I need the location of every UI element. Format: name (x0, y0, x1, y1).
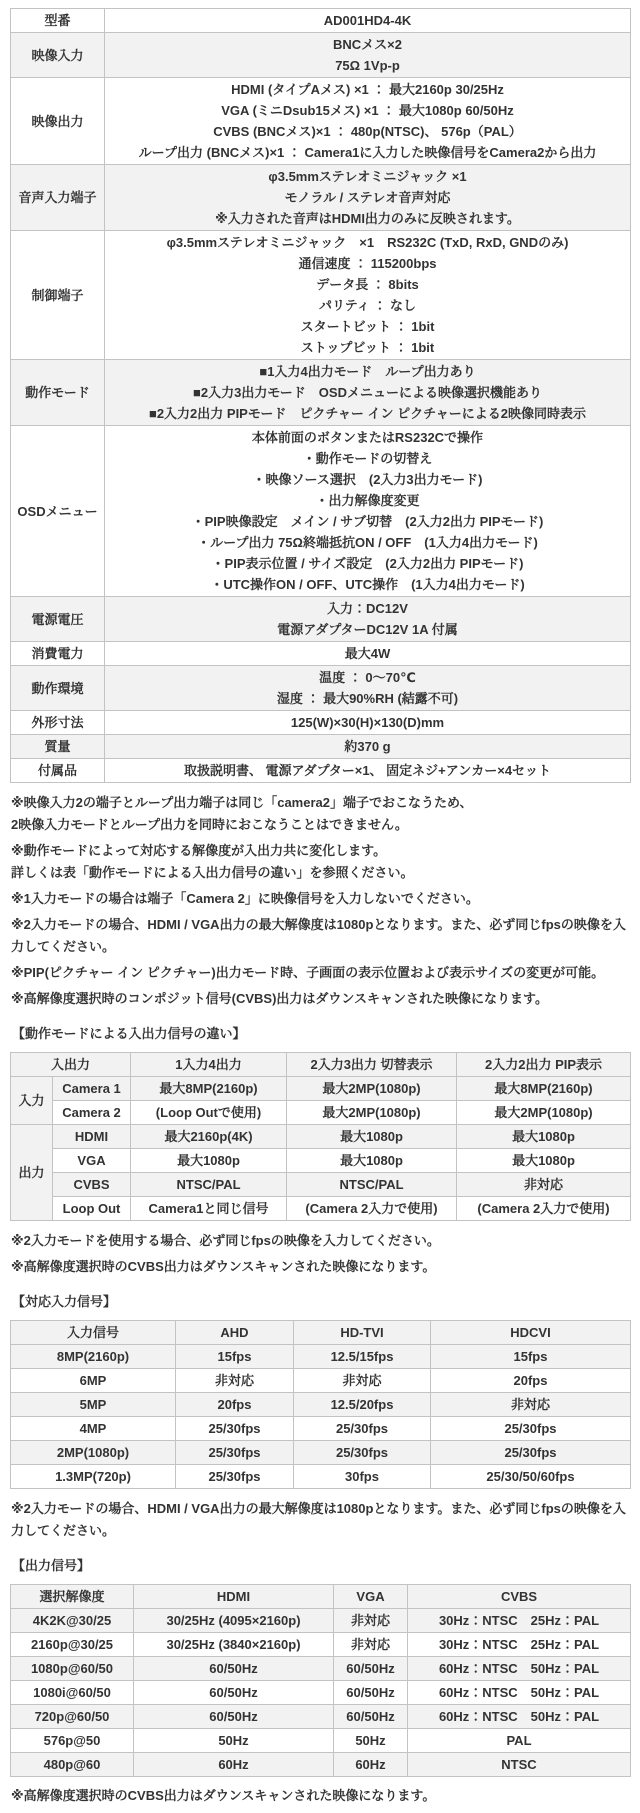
cell: 20fps (431, 1369, 631, 1393)
spec-value-line: φ3.5mmステレオミニジャック ×1 RS232C (TxD, RxD, GN… (109, 232, 626, 253)
spec-value: φ3.5mmステレオミニジャック ×1 モノラル / ステレオ音声対応 ※入力さ… (105, 165, 631, 231)
group-label-input: 入力 (11, 1077, 53, 1125)
cell: 最大1080p (287, 1125, 457, 1149)
header-cell: 入力信号 (11, 1321, 176, 1345)
cell: 非対応 (334, 1633, 408, 1657)
note-line: ※高解像度選択時のCVBS出力はダウンスキャンされた映像になります。 (11, 1256, 630, 1278)
spec-label: 電源電圧 (11, 597, 105, 642)
row-label: 8MP(2160p) (11, 1345, 176, 1369)
table-row: 5MP 20fps 12.5/20fps 非対応 (11, 1393, 631, 1417)
spec-label: 型番 (11, 9, 105, 33)
row-label: 1080i@60/50 (11, 1681, 134, 1705)
spec-value: 125(W)×30(H)×130(D)mm (105, 711, 631, 735)
cell: 60/50Hz (334, 1705, 408, 1729)
table-row: CVBS NTSC/PAL NTSC/PAL 非対応 (11, 1173, 631, 1197)
row-label: Camera 1 (53, 1077, 131, 1101)
row-label: 2MP(1080p) (11, 1441, 176, 1465)
header-cell: CVBS (408, 1585, 631, 1609)
spec-value-line: 本体前面のボタンまたはRS232Cで操作 (109, 427, 626, 448)
spec-label: 制御端子 (11, 231, 105, 360)
cell: 30fps (294, 1465, 431, 1489)
spec-value: 本体前面のボタンまたはRS232Cで操作 ・動作モードの切替え ・映像ソース選択… (105, 426, 631, 597)
table-row: 720p@60/50 60/50Hz 60/50Hz 60Hz：NTSC 50H… (11, 1705, 631, 1729)
table-row: 2MP(1080p) 25/30fps 25/30fps 25/30fps (11, 1441, 631, 1465)
row-label: 1080p@60/50 (11, 1657, 134, 1681)
cell: 60Hz：NTSC 50Hz：PAL (408, 1705, 631, 1729)
spec-value: AD001HD4-4K (105, 9, 631, 33)
mode-table-header: 入出力 1入力4出力 2入力3出力 切替表示 2入力2出力 PIP表示 (11, 1053, 631, 1077)
row-label: 1.3MP(720p) (11, 1465, 176, 1489)
spec-row-osd-menu: OSDメニュー 本体前面のボタンまたはRS232Cで操作 ・動作モードの切替え … (11, 426, 631, 597)
notes-after-spec: ※映像入力2の端子とループ出力端子は同じ「camera2」端子でおこなうため、 … (11, 792, 630, 1010)
spec-label: OSDメニュー (11, 426, 105, 597)
spec-row-power-voltage: 電源電圧 入力：DC12V 電源アダプターDC12V 1A 付属 (11, 597, 631, 642)
table-row: 4K2K@30/25 30/25Hz (4095×2160p) 非対応 30Hz… (11, 1609, 631, 1633)
output-signal-table: 選択解像度 HDMI VGA CVBS 4K2K@30/25 30/25Hz (… (10, 1584, 631, 1777)
table-row: Loop Out Camera1と同じ信号 (Camera 2入力で使用) (C… (11, 1197, 631, 1221)
header-cell: 選択解像度 (11, 1585, 134, 1609)
spec-value-line: CVBS (BNCメス)×1 ： 480p(NTSC)、 576p（PAL） (109, 121, 626, 142)
spec-value-line: ・映像ソース選択 (2入力3出力モード) (109, 469, 626, 490)
section-title-input-signals: 【対応入力信号】 (12, 1294, 630, 1309)
cell: 最大2160p(4K) (131, 1125, 287, 1149)
spec-value-line: ※入力された音声はHDMI出力のみに反映されます。 (109, 208, 626, 229)
cell: 25/30fps (431, 1441, 631, 1465)
cell: 最大8MP(2160p) (131, 1077, 287, 1101)
spec-value-line: 通信速度 ： 115200bps (109, 253, 626, 274)
cell: 30Hz：NTSC 25Hz：PAL (408, 1609, 631, 1633)
row-label: 6MP (11, 1369, 176, 1393)
row-label: Loop Out (53, 1197, 131, 1221)
cell: 25/30fps (176, 1441, 294, 1465)
spec-value: 入力：DC12V 電源アダプターDC12V 1A 付属 (105, 597, 631, 642)
cell: 12.5/15fps (294, 1345, 431, 1369)
spec-value-line: 約370 g (109, 736, 626, 757)
group-label-output: 出力 (11, 1125, 53, 1221)
row-label: HDMI (53, 1125, 131, 1149)
note-line: ※高解像度選択時のコンポジット信号(CVBS)出力はダウンスキャンされた映像にな… (11, 988, 630, 1010)
spec-row-power-consumption: 消費電力 最大4W (11, 642, 631, 666)
note-line: ※映像入力2の端子とループ出力端子は同じ「camera2」端子でおこなうため、 (11, 792, 630, 814)
spec-value-line: ストップビット ： 1bit (109, 337, 626, 358)
header-cell: VGA (334, 1585, 408, 1609)
note-line: ※2入力モードを使用する場合、必ず同じfpsの映像を入力してください。 (11, 1230, 630, 1252)
cell: 60Hz：NTSC 50Hz：PAL (408, 1681, 631, 1705)
spec-value-line: VGA (ミニDsub15メス) ×1 ： 最大1080p 60/50Hz (109, 100, 626, 121)
spec-value-line: ■2入力2出力 PIPモード ピクチャー イン ピクチャーによる2映像同時表示 (109, 403, 626, 424)
row-label: 4MP (11, 1417, 176, 1441)
cell: 30/25Hz (3840×2160p) (134, 1633, 334, 1657)
spec-label: 消費電力 (11, 642, 105, 666)
spec-row-accessories: 付属品 取扱説明書、 電源アダプター×1、 固定ネジ+アンカー×4セット (11, 759, 631, 783)
cell: 最大2MP(1080p) (457, 1101, 631, 1125)
cell: Camera1と同じ信号 (131, 1197, 287, 1221)
note-line: 2映像入力モードとループ出力を同時におこなうことはできません。 (11, 814, 630, 836)
table-row: Camera 2 (Loop Outで使用) 最大2MP(1080p) 最大2M… (11, 1101, 631, 1125)
cell: 60Hz：NTSC 50Hz：PAL (408, 1657, 631, 1681)
spec-value-line: パリティ ： なし (109, 295, 626, 316)
spec-label: 動作モード (11, 360, 105, 426)
table-row: 6MP 非対応 非対応 20fps (11, 1369, 631, 1393)
header-cell: 2入力3出力 切替表示 (287, 1053, 457, 1077)
row-label: VGA (53, 1149, 131, 1173)
output-table-header: 選択解像度 HDMI VGA CVBS (11, 1585, 631, 1609)
spec-value: BNCメス×2 75Ω 1Vp-p (105, 33, 631, 78)
note-line: 詳しくは表「動作モードによる入出力信号の違い」を参照ください。 (11, 862, 630, 884)
spec-row-video-output: 映像出力 HDMI (タイプAメス) ×1 ： 最大2160p 30/25Hz … (11, 78, 631, 165)
row-label: 480p@60 (11, 1753, 134, 1777)
table-row: 2160p@30/25 30/25Hz (3840×2160p) 非対応 30H… (11, 1633, 631, 1657)
table-row: 4MP 25/30fps 25/30fps 25/30fps (11, 1417, 631, 1441)
spec-row-control-port: 制御端子 φ3.5mmステレオミニジャック ×1 RS232C (TxD, Rx… (11, 231, 631, 360)
cell: PAL (408, 1729, 631, 1753)
spec-value-line: ・動作モードの切替え (109, 448, 626, 469)
spec-value: 約370 g (105, 735, 631, 759)
spec-value: 最大4W (105, 642, 631, 666)
spec-value-line: データ長 ： 8bits (109, 274, 626, 295)
cell: 最大8MP(2160p) (457, 1077, 631, 1101)
spec-value-line: 125(W)×30(H)×130(D)mm (109, 712, 626, 733)
table-row: 1080i@60/50 60/50Hz 60/50Hz 60Hz：NTSC 50… (11, 1681, 631, 1705)
spec-label: 外形寸法 (11, 711, 105, 735)
spec-value-line: モノラル / ステレオ音声対応 (109, 187, 626, 208)
cell: 50Hz (334, 1729, 408, 1753)
spec-value: φ3.5mmステレオミニジャック ×1 RS232C (TxD, RxD, GN… (105, 231, 631, 360)
mode-table: 入出力 1入力4出力 2入力3出力 切替表示 2入力2出力 PIP表示 入力 C… (10, 1052, 631, 1221)
row-label: 5MP (11, 1393, 176, 1417)
cell: 25/30fps (294, 1441, 431, 1465)
note-line: ※2入力モードの場合、HDMI / VGA出力の最大解像度は1080pとなります… (11, 1498, 630, 1542)
section-title-mode-difference: 【動作モードによる入出力信号の違い】 (12, 1026, 630, 1041)
row-label: 4K2K@30/25 (11, 1609, 134, 1633)
spec-label: 動作環境 (11, 666, 105, 711)
table-row: 1.3MP(720p) 25/30fps 30fps 25/30/50/60fp… (11, 1465, 631, 1489)
note-line: ※PIP(ピクチャー イン ピクチャー)出力モード時、子画面の表示位置および表示… (11, 962, 630, 984)
header-cell: HDCVI (431, 1321, 631, 1345)
row-label: 2160p@30/25 (11, 1633, 134, 1657)
cell: 25/30fps (431, 1417, 631, 1441)
cell: 最大1080p (457, 1149, 631, 1173)
spec-row-weight: 質量 約370 g (11, 735, 631, 759)
spec-value-line: 取扱説明書、 電源アダプター×1、 固定ネジ+アンカー×4セット (109, 760, 626, 781)
cell: 30/25Hz (4095×2160p) (134, 1609, 334, 1633)
notes-after-mode-table: ※2入力モードを使用する場合、必ず同じfpsの映像を入力してください。 ※高解像… (11, 1230, 630, 1278)
header-cell: 1入力4出力 (131, 1053, 287, 1077)
note-line: ※動作モードによって対応する解像度が入出力共に変化します。 (11, 840, 630, 862)
row-label: CVBS (53, 1173, 131, 1197)
input-signal-table: 入力信号 AHD HD-TVI HDCVI 8MP(2160p) 15fps 1… (10, 1320, 631, 1489)
spec-value-line: 電源アダプターDC12V 1A 付属 (109, 619, 626, 640)
spec-label: 質量 (11, 735, 105, 759)
spec-value-line: φ3.5mmステレオミニジャック ×1 (109, 166, 626, 187)
spec-row-video-input: 映像入力 BNCメス×2 75Ω 1Vp-p (11, 33, 631, 78)
spec-value-line: 75Ω 1Vp-p (109, 55, 626, 76)
cell: 25/30fps (176, 1417, 294, 1441)
spec-label: 映像入力 (11, 33, 105, 78)
spec-value: HDMI (タイプAメス) ×1 ： 最大2160p 30/25Hz VGA (… (105, 78, 631, 165)
table-row: 8MP(2160p) 15fps 12.5/15fps 15fps (11, 1345, 631, 1369)
cell: 15fps (176, 1345, 294, 1369)
cell: 25/30fps (294, 1417, 431, 1441)
cell: 25/30/50/60fps (431, 1465, 631, 1489)
cell: NTSC (408, 1753, 631, 1777)
spec-value-line: スタートビット ： 1bit (109, 316, 626, 337)
cell: 最大2MP(1080p) (287, 1077, 457, 1101)
spec-value-line: ・UTC操作ON / OFF、UTC操作 (1入力4出力モード) (109, 574, 626, 595)
spec-value-line: ループ出力 (BNCメス)×1 ： Camera1に入力した映像信号をCamer… (109, 142, 626, 163)
table-row: 入力 Camera 1 最大8MP(2160p) 最大2MP(1080p) 最大… (11, 1077, 631, 1101)
spec-value-line: 入力：DC12V (109, 598, 626, 619)
cell: 30Hz：NTSC 25Hz：PAL (408, 1633, 631, 1657)
spec-value-line: AD001HD4-4K (109, 10, 626, 31)
spec-row-environment: 動作環境 温度 ： 0～70℃ 湿度 ： 最大90%RH (結露不可) (11, 666, 631, 711)
spec-value: 取扱説明書、 電源アダプター×1、 固定ネジ+アンカー×4セット (105, 759, 631, 783)
cell: 60/50Hz (134, 1681, 334, 1705)
spec-value-line: ■1入力4出力モード ループ出力あり (109, 361, 626, 382)
cell: 12.5/20fps (294, 1393, 431, 1417)
spec-row-operation-mode: 動作モード ■1入力4出力モード ループ出力あり ■2入力3出力モード OSDメ… (11, 360, 631, 426)
cell: 最大1080p (287, 1149, 457, 1173)
cell: 最大2MP(1080p) (287, 1101, 457, 1125)
table-row: 出力 HDMI 最大2160p(4K) 最大1080p 最大1080p (11, 1125, 631, 1149)
cell: (Loop Outで使用) (131, 1101, 287, 1125)
table-row: VGA 最大1080p 最大1080p 最大1080p (11, 1149, 631, 1173)
spec-value-line: ・PIP映像設定 メイン / サブ切替 (2入力2出力 PIPモード) (109, 511, 626, 532)
input-table-header: 入力信号 AHD HD-TVI HDCVI (11, 1321, 631, 1345)
cell: (Camera 2入力で使用) (457, 1197, 631, 1221)
spec-table: 型番 AD001HD4-4K 映像入力 BNCメス×2 75Ω 1Vp-p 映像… (10, 8, 631, 783)
row-label: 720p@60/50 (11, 1705, 134, 1729)
header-cell: HD-TVI (294, 1321, 431, 1345)
cell: NTSC/PAL (131, 1173, 287, 1197)
cell: 15fps (431, 1345, 631, 1369)
cell: 非対応 (294, 1369, 431, 1393)
cell: 50Hz (134, 1729, 334, 1753)
spec-value-line: 湿度 ： 最大90%RH (結露不可) (109, 688, 626, 709)
cell: (Camera 2入力で使用) (287, 1197, 457, 1221)
header-cell: AHD (176, 1321, 294, 1345)
spec-value: 温度 ： 0～70℃ 湿度 ： 最大90%RH (結露不可) (105, 666, 631, 711)
spec-value-line: 最大4W (109, 643, 626, 664)
spec-value-line: ■2入力3出力モード OSDメニューによる映像選択機能あり (109, 382, 626, 403)
cell: NTSC/PAL (287, 1173, 457, 1197)
spec-row-dimensions: 外形寸法 125(W)×30(H)×130(D)mm (11, 711, 631, 735)
cell: 60Hz (334, 1753, 408, 1777)
cell: 60/50Hz (334, 1657, 408, 1681)
spec-row-audio-input: 音声入力端子 φ3.5mmステレオミニジャック ×1 モノラル / ステレオ音声… (11, 165, 631, 231)
spec-value-line: ・ループ出力 75Ω終端抵抗ON / OFF (1入力4出力モード) (109, 532, 626, 553)
cell: 20fps (176, 1393, 294, 1417)
spec-value: ■1入力4出力モード ループ出力あり ■2入力3出力モード OSDメニューによる… (105, 360, 631, 426)
cell: 非対応 (176, 1369, 294, 1393)
cell: 60Hz (134, 1753, 334, 1777)
note-line: ※1入力モードの場合は端子「Camera 2」に映像信号を入力しないでください。 (11, 888, 630, 910)
cell: 25/30fps (176, 1465, 294, 1489)
spec-value-line: 温度 ： 0～70℃ (109, 667, 626, 688)
row-label: Camera 2 (53, 1101, 131, 1125)
spec-value-line: HDMI (タイプAメス) ×1 ： 最大2160p 30/25Hz (109, 79, 626, 100)
cell: 60/50Hz (334, 1681, 408, 1705)
row-label: 576p@50 (11, 1729, 134, 1753)
cell: 非対応 (334, 1609, 408, 1633)
header-cell: 2入力2出力 PIP表示 (457, 1053, 631, 1077)
spec-value-line: ・PIP表示位置 / サイズ設定 (2入力2出力 PIPモード) (109, 553, 626, 574)
note-line: ※高解像度選択時のCVBS出力はダウンスキャンされた映像になります。 (11, 1785, 630, 1807)
cell: 最大1080p (131, 1149, 287, 1173)
spec-label: 音声入力端子 (11, 165, 105, 231)
note-line: ※2入力モードの場合、HDMI / VGA出力の最大解像度は1080pとなります… (11, 914, 630, 958)
spec-label: 映像出力 (11, 78, 105, 165)
spec-row-model: 型番 AD001HD4-4K (11, 9, 631, 33)
section-title-output-signals: 【出力信号】 (12, 1558, 630, 1573)
spec-value-line: BNCメス×2 (109, 34, 626, 55)
header-cell: HDMI (134, 1585, 334, 1609)
spec-label: 付属品 (11, 759, 105, 783)
table-row: 576p@50 50Hz 50Hz PAL (11, 1729, 631, 1753)
cell: 最大1080p (457, 1125, 631, 1149)
notes-after-input-table: ※2入力モードの場合、HDMI / VGA出力の最大解像度は1080pとなります… (11, 1498, 630, 1542)
cell: 60/50Hz (134, 1657, 334, 1681)
cell: 非対応 (431, 1393, 631, 1417)
table-row: 1080p@60/50 60/50Hz 60/50Hz 60Hz：NTSC 50… (11, 1657, 631, 1681)
cell: 60/50Hz (134, 1705, 334, 1729)
cell: 非対応 (457, 1173, 631, 1197)
notes-after-output-table: ※高解像度選択時のCVBS出力はダウンスキャンされた映像になります。 (11, 1785, 630, 1807)
table-row: 480p@60 60Hz 60Hz NTSC (11, 1753, 631, 1777)
header-cell: 入出力 (11, 1053, 131, 1077)
spec-value-line: ・出力解像度変更 (109, 490, 626, 511)
